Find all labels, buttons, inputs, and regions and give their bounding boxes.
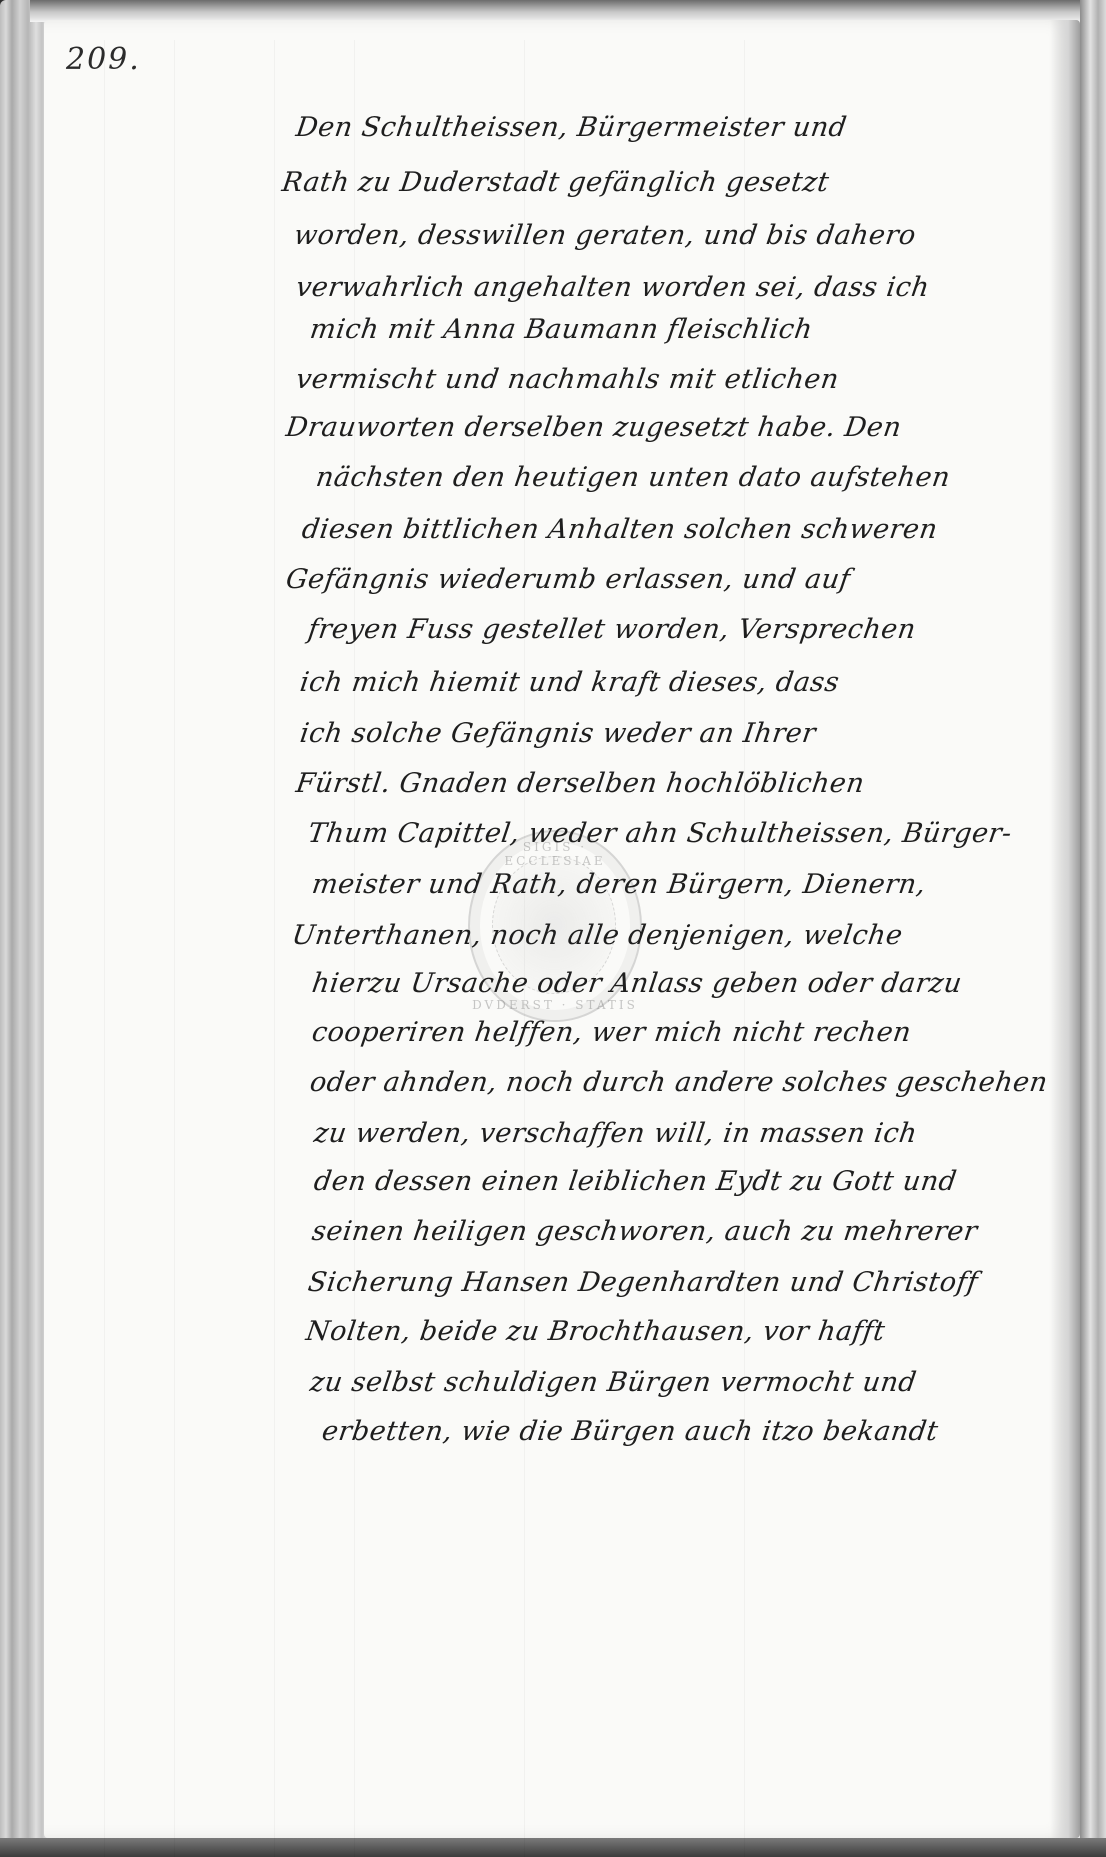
manuscript-line: worden, desswillen geraten, und bis dahe… <box>292 220 918 251</box>
page-number: 209. <box>66 42 141 77</box>
manuscript-line: freyen Fuss gestellet worden, Verspreche… <box>306 614 918 645</box>
seal-legend-bottom: DVDERST · STATIS <box>470 998 640 1012</box>
manuscript-line: meister und Rath, deren Bürgern, Dienern… <box>310 869 928 900</box>
manuscript-scan: 209. SIGIS · ECCLESIAE DVDERST · STATIS … <box>0 0 1106 1857</box>
manuscript-line: zu werden, verschaffen will, in massen i… <box>312 1118 919 1149</box>
manuscript-line: Fürstl. Gnaden derselben hochlöblichen <box>294 768 867 799</box>
book-right-gutter <box>1080 0 1106 1857</box>
manuscript-line: seinen heiligen geschworen, auch zu mehr… <box>310 1216 980 1247</box>
manuscript-line: diesen bittlichen Anhalten solchen schwe… <box>300 514 940 545</box>
manuscript-line: Nolten, beide zu Brochthausen, vor hafft <box>304 1316 887 1347</box>
manuscript-line: Den Schultheissen, Bürgermeister und <box>294 112 849 143</box>
manuscript-line: nächsten den heutigen unten dato aufsteh… <box>314 462 952 493</box>
manuscript-line: mich mit Anna Baumann fleischlich <box>308 314 815 345</box>
manuscript-line: hierzu Ursache oder Anlass geben oder da… <box>310 968 964 999</box>
manuscript-line: verwahrlich angehalten worden sei, dass … <box>294 272 931 303</box>
manuscript-line: ich solche Gefängnis weder an Ihrer <box>298 718 818 749</box>
manuscript-line: Gefängnis wiederumb erlassen, und auf <box>284 564 852 595</box>
manuscript-line: vermischt und nachmahls mit etlichen <box>294 364 841 395</box>
manuscript-line: Sicherung Hansen Degenhardten und Christ… <box>306 1267 980 1298</box>
manuscript-line: Drauworten derselben zugesetzt habe. Den <box>284 412 903 443</box>
manuscript-line: Rath zu Duderstadt gefänglich gesetzt <box>280 167 831 198</box>
book-bottom-edge <box>0 1838 1106 1857</box>
manuscript-line: den dessen einen leiblichen Eydt zu Gott… <box>312 1166 959 1197</box>
paper-chain-line <box>104 40 105 1857</box>
manuscript-line: Thum Capittel, weder ahn Schultheissen, … <box>306 818 1014 849</box>
manuscript-line: Unterthanen, noch alle denjenigen, welch… <box>290 920 905 951</box>
manuscript-line: ich mich hiemit und kraft dieses, dass <box>298 667 841 698</box>
paper-chain-line <box>274 40 275 1857</box>
manuscript-line: cooperiren helffen, wer mich nicht reche… <box>310 1017 913 1048</box>
paper-chain-line <box>174 40 175 1857</box>
manuscript-line: erbetten, wie die Bürgen auch itzo bekan… <box>320 1416 940 1447</box>
book-top-edge <box>30 0 1106 22</box>
manuscript-line: zu selbst schuldigen Bürgen vermocht und <box>308 1367 919 1398</box>
manuscript-line: oder ahnden, noch durch andere solches g… <box>308 1067 1050 1098</box>
